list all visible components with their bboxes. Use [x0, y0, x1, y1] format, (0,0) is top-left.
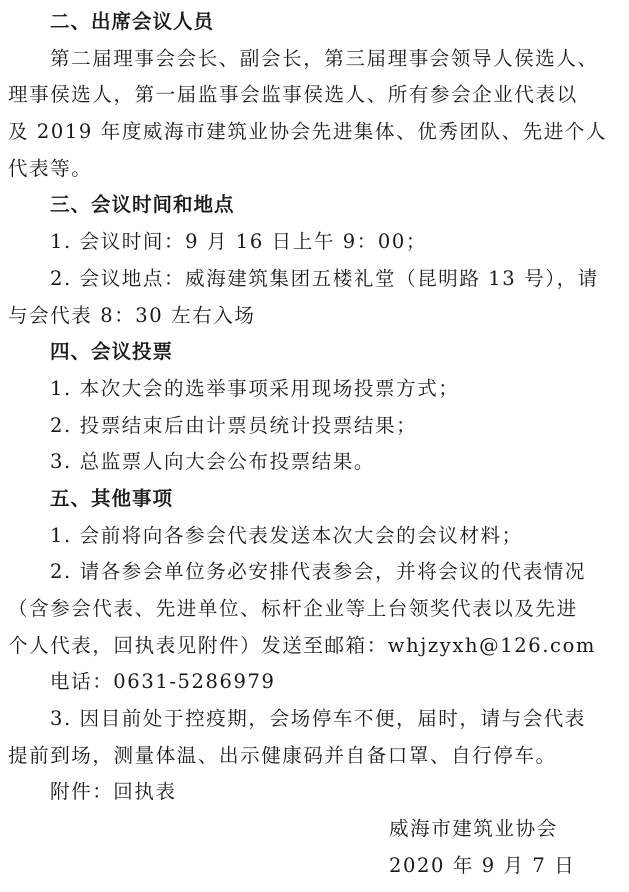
- list-item-meeting-place: 2. 会议地点：威海建筑集团五楼礼堂（昆明路 13 号），请: [8, 261, 608, 298]
- phone-line: 电话：0631-5286979: [8, 664, 608, 701]
- paragraph-line: 第二届理事会会长、副会长，第三届理事会领导人侯选人、: [8, 41, 608, 78]
- paragraph-line-email: 个人代表，回执表见附件）发送至邮箱：whjzyxh@126.com: [8, 628, 608, 665]
- list-item: 1. 本次大会的选举事项采用现场投票方式；: [8, 371, 608, 408]
- attachment-line: 附件：回执表: [8, 774, 608, 811]
- paragraph-line: 理事侯选人，第一届监事会监事侯选人、所有参会企业代表以: [8, 77, 608, 114]
- paragraph-line: 提前到场，测量体温、出示健康码并自备口罩、自行停车。: [8, 738, 608, 775]
- list-item: 3. 因目前处于控疫期，会场停车不便，届时，请与会代表: [8, 701, 608, 738]
- signature-date: 2020 年 9 月 7 日: [8, 848, 608, 885]
- list-item-meeting-time: 1. 会议时间：9 月 16 日上午 9：00；: [8, 224, 608, 261]
- paragraph-line: （含参会代表、先进单位、标杆企业等上台领奖代表以及先进: [8, 591, 608, 628]
- list-item: 2. 投票结束后由计票员统计投票结果；: [8, 408, 608, 445]
- list-item: 1. 会前将向各参会代表发送本次大会的会议材料；: [8, 518, 608, 555]
- list-item: 2. 请各参会单位务必安排代表参会，并将会议的代表情况: [8, 554, 608, 591]
- list-item: 3. 总监票人向大会公布投票结果。: [8, 444, 608, 481]
- paragraph-line: 及 2019 年度威海市建筑业协会先进集体、优秀团队、先进个人: [8, 114, 608, 151]
- paragraph-line: 代表等。: [8, 151, 608, 188]
- section-heading-voting: 四、会议投票: [8, 334, 608, 371]
- section-heading-attendees: 二、出席会议人员: [8, 4, 608, 41]
- signature-organization: 威海市建筑业协会: [8, 811, 608, 848]
- document-body: 二、出席会议人员 第二届理事会会长、副会长，第三届理事会领导人侯选人、 理事侯选…: [8, 4, 608, 885]
- section-heading-other-matters: 五、其他事项: [8, 481, 608, 518]
- paragraph-line: 与会代表 8：30 左右入场: [8, 298, 608, 335]
- section-heading-time-place: 三、会议时间和地点: [8, 187, 608, 224]
